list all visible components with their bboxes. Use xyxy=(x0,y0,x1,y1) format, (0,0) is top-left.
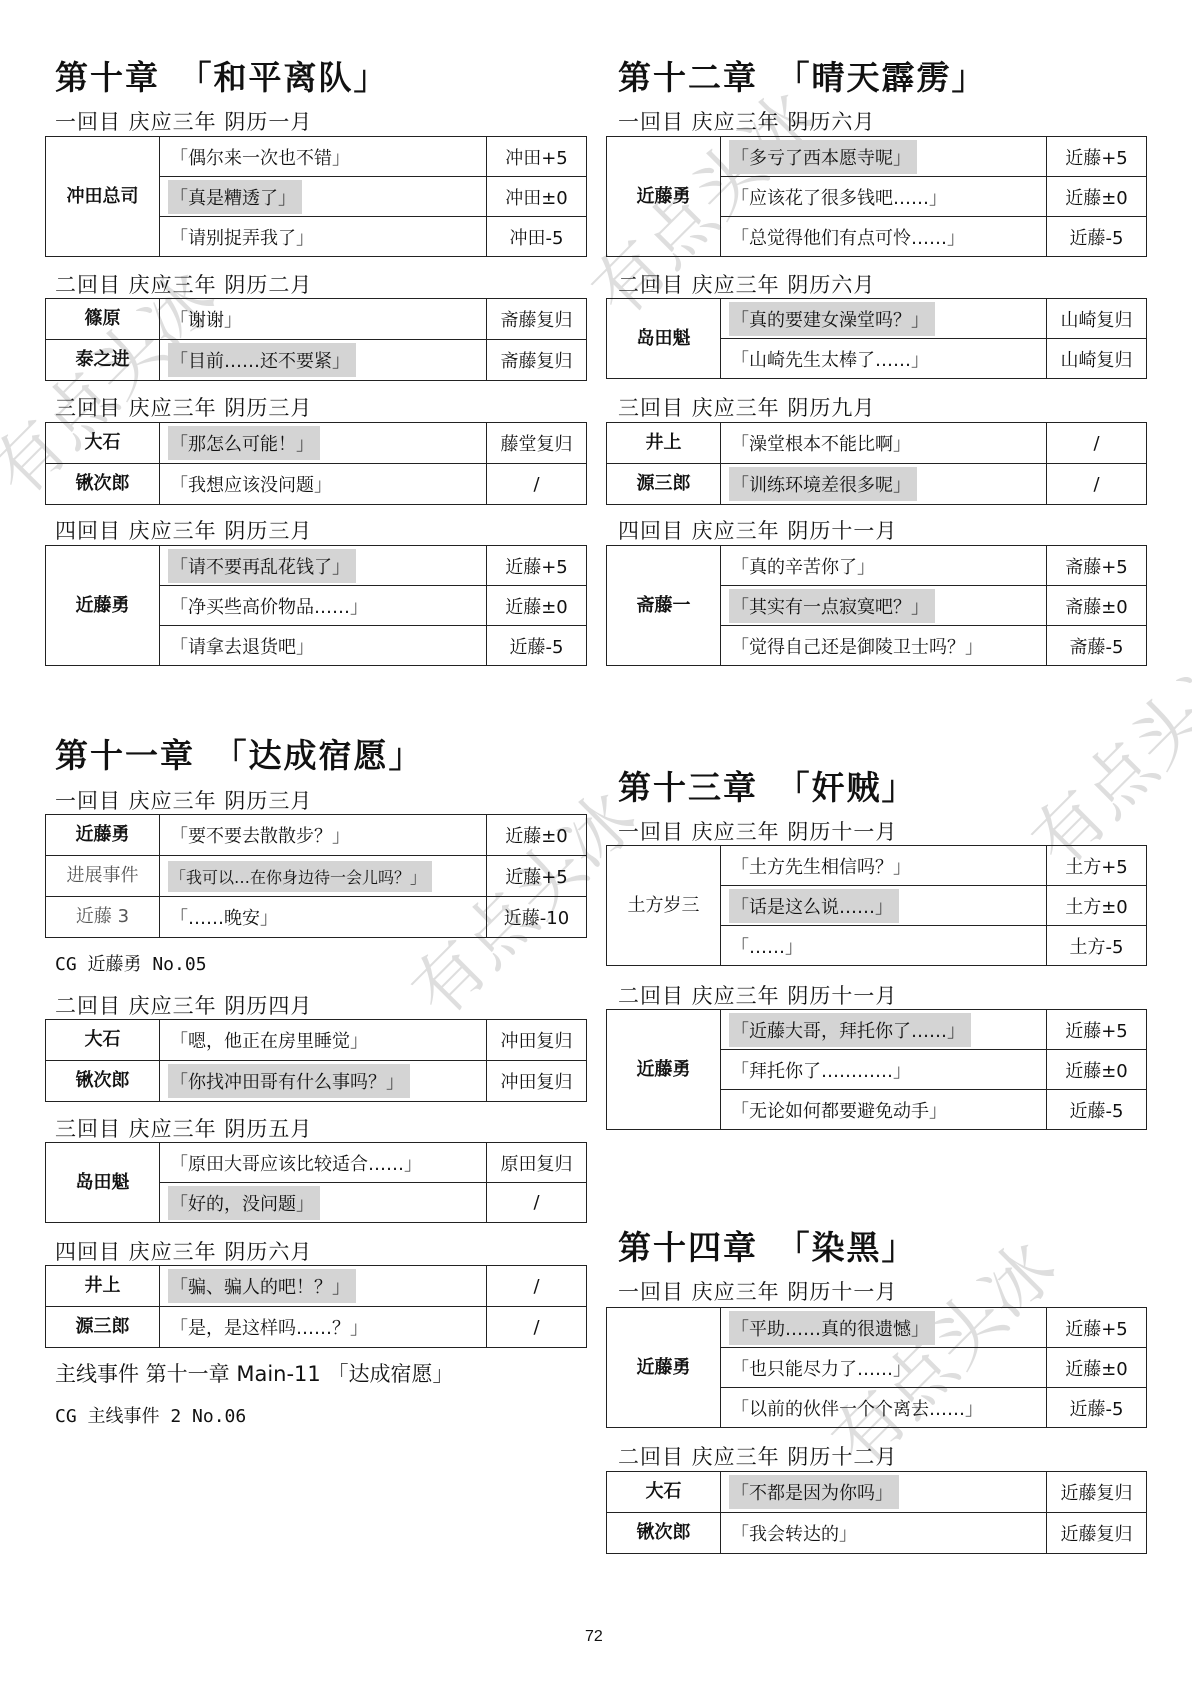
choice-table: 近藤勇 「平助……真的很遗憾」 近藤+5 「也只能尽力了……」 近藤±0 「以前… xyxy=(606,1307,1147,1428)
response-option: 「请不要再乱花钱了」 xyxy=(160,546,487,586)
response-text: 「是，是这样吗……？」 xyxy=(168,1310,374,1344)
response-option: 「要不要去散散步？」 xyxy=(160,815,487,856)
table-row: 大石 「嗯，他正在房里睡觉」 冲田复归 xyxy=(46,1020,587,1061)
result-cell: 近藤±0 xyxy=(1047,1348,1147,1388)
response-option: 「骗、骗人的吧！？」 xyxy=(160,1266,487,1307)
response-text: 「拜托你了…………」 xyxy=(729,1053,917,1087)
round-title: 一回目 庆应三年 阴历十一月 xyxy=(618,816,897,846)
table-row: 冲田总司 「偶尔来一次也不错」 冲田+5 xyxy=(46,137,587,177)
character-name: 近藤勇 xyxy=(607,1010,721,1130)
response-option: 「是，是这样吗……？」 xyxy=(160,1307,487,1348)
response-text: 「应该花了很多钱吧……」 xyxy=(729,180,953,214)
response-option: 「那怎么可能！」 xyxy=(160,423,487,464)
result-cell: 冲田-5 xyxy=(487,217,587,257)
result-cell: / xyxy=(1047,464,1147,505)
result-cell: 近藤-10 xyxy=(487,897,587,938)
round-title: 三回目 庆应三年 阴历九月 xyxy=(618,392,875,422)
round-title: 三回目 庆应三年 阴历五月 xyxy=(55,1113,312,1143)
character-name: 锹次郎 xyxy=(607,1513,721,1554)
response-option: 「也只能尽力了……」 xyxy=(721,1348,1047,1388)
response-text: 「谢谢」 xyxy=(168,302,248,336)
response-text: 「我会转达的」 xyxy=(729,1516,863,1550)
response-text: 「要不要去散散步？」 xyxy=(168,818,356,852)
result-cell: 近藤+5 xyxy=(487,856,587,897)
table-row: 井上 「骗、骗人的吧！？」 / xyxy=(46,1266,587,1307)
response-option: 「不都是因为你吗」 xyxy=(721,1472,1047,1513)
response-option: 「澡堂根本不能比啊」 xyxy=(721,423,1047,464)
response-option: 「无论如何都要避免动手」 xyxy=(721,1090,1047,1130)
response-option: 「应该花了很多钱吧……」 xyxy=(721,177,1047,217)
choice-table: 井上 「澡堂根本不能比啊」 / 源三郎 「训练环境差很多呢」 / xyxy=(606,422,1147,505)
result-cell: 近藤-5 xyxy=(1047,217,1147,257)
response-text-highlighted: 「你找冲田哥有什么事吗？」 xyxy=(168,1064,410,1098)
choice-table: 近藤勇 「要不要去散散步？」 近藤±0 进展事件 「我可以…在你身边待一会儿吗？… xyxy=(45,814,587,938)
response-option: 「偶尔来一次也不错」 xyxy=(160,137,487,177)
character-name: 近藤勇 xyxy=(46,815,160,856)
character-name: 斋藤一 xyxy=(607,546,721,666)
response-text: 「无论如何都要避免动手」 xyxy=(729,1093,953,1127)
response-text: 「也只能尽力了……」 xyxy=(729,1351,917,1385)
result-cell: 山崎复归 xyxy=(1047,339,1147,379)
response-text-highlighted: 「多亏了西本愿寺呢」 xyxy=(729,140,917,174)
choice-table: 岛田魁 「真的要建女澡堂吗？」 山崎复归 「山崎先生太棒了……」 山崎复归 xyxy=(606,298,1147,379)
result-cell: / xyxy=(1047,423,1147,464)
response-text: 「土方先生相信吗？」 xyxy=(729,849,917,883)
response-text: 「我想应该没问题」 xyxy=(168,467,338,501)
response-option: 「近藤大哥，拜托你了……」 xyxy=(721,1010,1047,1050)
table-row: 锹次郎 「我会转达的」 近藤复归 xyxy=(607,1513,1147,1554)
table-row: 近藤勇 「多亏了西本愿寺呢」 近藤+5 xyxy=(607,137,1147,177)
character-name: 锹次郎 xyxy=(46,464,160,505)
round-title: 二回目 庆应三年 阴历二月 xyxy=(55,269,312,299)
response-text-highlighted: 「骗、骗人的吧！？」 xyxy=(168,1269,356,1303)
response-text: 「……」 xyxy=(729,929,809,963)
result-cell: 近藤-5 xyxy=(1047,1090,1147,1130)
round-title: 四回目 庆应三年 阴历六月 xyxy=(55,1236,312,1266)
table-row: 大石 「不都是因为你吗」 近藤复归 xyxy=(607,1472,1147,1513)
character-name: 井上 xyxy=(607,423,721,464)
response-text: 「山崎先生太棒了……」 xyxy=(729,342,935,376)
choice-table: 篠原 「谢谢」 斋藤复归 泰之进 「目前……还不要紧」 斋藤复归 xyxy=(45,298,587,381)
response-option: 「嗯，他正在房里睡觉」 xyxy=(160,1020,487,1061)
response-option: 「我可以…在你身边待一会儿吗？」 xyxy=(160,856,487,897)
response-text: 「以前的伙伴一个个离去……」 xyxy=(729,1391,989,1425)
character-name: 岛田魁 xyxy=(46,1143,160,1223)
cg-note: CG 近藤勇 No.05 xyxy=(55,950,207,976)
result-cell: 近藤+5 xyxy=(1047,1308,1147,1348)
character-name: 近藤勇 xyxy=(46,546,160,666)
response-text-highlighted: 「平助……真的很遗憾」 xyxy=(729,1311,935,1345)
response-text: 「……晚安」 xyxy=(168,900,284,934)
table-row: 近藤勇 「近藤大哥，拜托你了……」 近藤+5 xyxy=(607,1010,1147,1050)
result-cell: 原田复归 xyxy=(487,1143,587,1183)
table-row: 锹次郎 「你找冲田哥有什么事吗？」 冲田复归 xyxy=(46,1061,587,1102)
chapter-title: 第十二章 「晴天霹雳」 xyxy=(618,52,987,99)
result-cell: 山崎复归 xyxy=(1047,299,1147,339)
response-option: 「好的，没问题」 xyxy=(160,1183,487,1223)
response-option: 「请拿去退货吧」 xyxy=(160,626,487,666)
result-cell: 近藤+5 xyxy=(1047,1010,1147,1050)
choice-table: 大石 「不都是因为你吗」 近藤复归 锹次郎 「我会转达的」 近藤复归 xyxy=(606,1471,1147,1554)
round-title: 二回目 庆应三年 阴历十一月 xyxy=(618,980,897,1010)
response-text: 「偶尔来一次也不错」 xyxy=(168,140,356,174)
response-option: 「土方先生相信吗？」 xyxy=(721,846,1047,886)
result-cell: 冲田±0 xyxy=(487,177,587,217)
chapter-title: 第十章 「和平离队」 xyxy=(55,52,389,99)
result-cell: / xyxy=(487,1266,587,1307)
result-cell: 斋藤±0 xyxy=(1047,586,1147,626)
round-title: 四回目 庆应三年 阴历十一月 xyxy=(618,515,897,545)
result-cell: 近藤+5 xyxy=(1047,137,1147,177)
response-option: 「我想应该没问题」 xyxy=(160,464,487,505)
choice-table: 近藤勇 「请不要再乱花钱了」 近藤+5 「净买些高价物品……」 近藤±0 「请拿… xyxy=(45,545,587,666)
character-name: 冲田总司 xyxy=(46,137,160,257)
result-cell: 斋藤复归 xyxy=(487,340,587,381)
table-row: 篠原 「谢谢」 斋藤复归 xyxy=(46,299,587,340)
choice-table: 土方岁三 「土方先生相信吗？」 土方+5 「话是这么说……」 土方±0 「……」… xyxy=(606,845,1147,966)
character-name: 土方岁三 xyxy=(607,846,721,966)
response-option: 「真是糟透了」 xyxy=(160,177,487,217)
table-row: 锹次郎 「我想应该没问题」 / xyxy=(46,464,587,505)
response-option: 「净买些高价物品……」 xyxy=(160,586,487,626)
response-text: 「嗯，他正在房里睡觉」 xyxy=(168,1023,374,1057)
response-option: 「原田大哥应该比较适合……」 xyxy=(160,1143,487,1183)
result-cell: 藤堂复归 xyxy=(487,423,587,464)
result-cell: 冲田复归 xyxy=(487,1020,587,1061)
response-text-highlighted: 「训练环境差很多呢」 xyxy=(729,467,917,501)
character-name: 锹次郎 xyxy=(46,1061,160,1102)
character-name: 近藤勇 xyxy=(607,137,721,257)
round-title: 一回目 庆应三年 阴历三月 xyxy=(55,785,312,815)
choice-table: 大石 「那怎么可能！」 藤堂复归 锹次郎 「我想应该没问题」 / xyxy=(45,422,587,505)
round-title: 一回目 庆应三年 阴历一月 xyxy=(55,106,312,136)
response-text-highlighted: 「请不要再乱花钱了」 xyxy=(168,549,356,583)
response-text-highlighted: 「好的，没问题」 xyxy=(168,1186,320,1220)
response-text: 「总觉得他们有点可怜……」 xyxy=(729,220,971,254)
main-event-note: 主线事件 第十一章 Main-11 「达成宿愿」 xyxy=(55,1358,453,1388)
response-text: 「请拿去退货吧」 xyxy=(168,629,320,663)
character-name: 大石 xyxy=(607,1472,721,1513)
character-name: 源三郎 xyxy=(607,464,721,505)
round-title: 一回目 庆应三年 阴历六月 xyxy=(618,106,875,136)
table-row: 岛田魁 「原田大哥应该比较适合……」 原田复归 xyxy=(46,1143,587,1183)
response-text-highlighted: 「那怎么可能！」 xyxy=(168,426,320,460)
table-row: 土方岁三 「土方先生相信吗？」 土方+5 xyxy=(607,846,1147,886)
table-row: 斋藤一 「真的辛苦你了」 斋藤+5 xyxy=(607,546,1147,586)
choice-table: 斋藤一 「真的辛苦你了」 斋藤+5 「其实有一点寂寞吧？」 斋藤±0 「觉得自己… xyxy=(606,545,1147,666)
choice-table: 大石 「嗯，他正在房里睡觉」 冲田复归 锹次郎 「你找冲田哥有什么事吗？」 冲田… xyxy=(45,1019,587,1102)
character-name: 大石 xyxy=(46,423,160,464)
character-name: 大石 xyxy=(46,1020,160,1061)
result-cell: 近藤复归 xyxy=(1047,1472,1147,1513)
response-option: 「山崎先生太棒了……」 xyxy=(721,339,1047,379)
response-option: 「以前的伙伴一个个离去……」 xyxy=(721,1388,1047,1428)
character-name: 近藤勇 xyxy=(607,1308,721,1428)
response-option: 「……晚安」 xyxy=(160,897,487,938)
result-cell: 土方±0 xyxy=(1047,886,1147,926)
result-cell: 近藤+5 xyxy=(487,546,587,586)
round-title: 一回目 庆应三年 阴历十一月 xyxy=(618,1276,897,1306)
response-option: 「请别捉弄我了」 xyxy=(160,217,487,257)
result-cell: / xyxy=(487,1307,587,1348)
round-title: 二回目 庆应三年 阴历六月 xyxy=(618,269,875,299)
character-name: 源三郎 xyxy=(46,1307,160,1348)
result-cell: 土方+5 xyxy=(1047,846,1147,886)
result-cell: 近藤±0 xyxy=(487,586,587,626)
response-text: 「净买些高价物品……」 xyxy=(168,589,374,623)
result-cell: 近藤-5 xyxy=(487,626,587,666)
result-cell: 土方-5 xyxy=(1047,926,1147,966)
result-cell: 斋藤-5 xyxy=(1047,626,1147,666)
round-title: 二回目 庆应三年 阴历十二月 xyxy=(618,1441,897,1471)
choice-table: 近藤勇 「近藤大哥，拜托你了……」 近藤+5 「拜托你了…………」 近藤±0 「… xyxy=(606,1009,1147,1130)
character-name: 篠原 xyxy=(46,299,160,340)
event-label: 近藤 3 xyxy=(46,897,160,938)
response-option: 「拜托你了…………」 xyxy=(721,1050,1047,1090)
result-cell: 斋藤+5 xyxy=(1047,546,1147,586)
response-option: 「谢谢」 xyxy=(160,299,487,340)
response-option: 「觉得自己还是御陵卫士吗？」 xyxy=(721,626,1047,666)
character-name: 岛田魁 xyxy=(607,299,721,379)
result-cell: 冲田+5 xyxy=(487,137,587,177)
round-title: 四回目 庆应三年 阴历三月 xyxy=(55,515,312,545)
response-option: 「……」 xyxy=(721,926,1047,966)
choice-table: 冲田总司 「偶尔来一次也不错」 冲田+5 「真是糟透了」 冲田±0 「请别捉弄我… xyxy=(45,136,587,257)
response-option: 「平助……真的很遗憾」 xyxy=(721,1308,1047,1348)
page-number: 72 xyxy=(585,1628,603,1646)
response-option: 「你找冲田哥有什么事吗？」 xyxy=(160,1061,487,1102)
table-row: 泰之进 「目前……还不要紧」 斋藤复归 xyxy=(46,340,587,381)
response-text-highlighted: 「不都是因为你吗」 xyxy=(729,1475,899,1509)
response-option: 「其实有一点寂寞吧？」 xyxy=(721,586,1047,626)
response-option: 「我会转达的」 xyxy=(721,1513,1047,1554)
character-name: 井上 xyxy=(46,1266,160,1307)
table-row: 大石 「那怎么可能！」 藤堂复归 xyxy=(46,423,587,464)
chapter-title: 第十三章 「奸贼」 xyxy=(618,762,917,809)
result-cell: / xyxy=(487,464,587,505)
result-cell: 近藤-5 xyxy=(1047,1388,1147,1428)
response-option: 「目前……还不要紧」 xyxy=(160,340,487,381)
result-cell: 近藤复归 xyxy=(1047,1513,1147,1554)
round-title: 三回目 庆应三年 阴历三月 xyxy=(55,392,312,422)
table-row: 井上 「澡堂根本不能比啊」 / xyxy=(607,423,1147,464)
choice-table: 井上 「骗、骗人的吧！？」 / 源三郎 「是，是这样吗……？」 / xyxy=(45,1265,587,1348)
response-text-highlighted: 「话是这么说……」 xyxy=(729,889,899,923)
response-option: 「训练环境差很多呢」 xyxy=(721,464,1047,505)
response-text-highlighted: 「其实有一点寂寞吧？」 xyxy=(729,589,935,623)
response-text-highlighted: 「真的要建女澡堂吗？」 xyxy=(729,302,935,336)
round-title: 二回目 庆应三年 阴历四月 xyxy=(55,990,312,1020)
response-option: 「真的要建女澡堂吗？」 xyxy=(721,299,1047,339)
table-row: 进展事件 「我可以…在你身边待一会儿吗？」 近藤+5 xyxy=(46,856,587,897)
response-text: 「觉得自己还是御陵卫士吗？」 xyxy=(729,629,989,663)
response-text: 「请别捉弄我了」 xyxy=(168,220,320,254)
table-row: 近藤 3 「……晚安」 近藤-10 xyxy=(46,897,587,938)
table-row: 近藤勇 「要不要去散散步？」 近藤±0 xyxy=(46,815,587,856)
result-cell: / xyxy=(487,1183,587,1223)
response-option: 「真的辛苦你了」 xyxy=(721,546,1047,586)
character-name: 泰之进 xyxy=(46,340,160,381)
response-text-highlighted: 「我可以…在你身边待一会儿吗？」 xyxy=(168,861,432,892)
choice-table: 岛田魁 「原田大哥应该比较适合……」 原田复归 「好的，没问题」 / xyxy=(45,1142,587,1223)
response-text: 「原田大哥应该比较适合……」 xyxy=(168,1146,428,1180)
result-cell: 近藤±0 xyxy=(487,815,587,856)
result-cell: 近藤±0 xyxy=(1047,1050,1147,1090)
chapter-title: 第十一章 「达成宿愿」 xyxy=(55,730,424,777)
table-row: 岛田魁 「真的要建女澡堂吗？」 山崎复归 xyxy=(607,299,1147,339)
event-label: 进展事件 xyxy=(46,856,160,897)
response-text: 「澡堂根本不能比啊」 xyxy=(729,426,917,460)
response-text-highlighted: 「目前……还不要紧」 xyxy=(168,343,356,377)
response-option: 「话是这么说……」 xyxy=(721,886,1047,926)
response-text: 「真的辛苦你了」 xyxy=(729,549,881,583)
table-row: 源三郎 「训练环境差很多呢」 / xyxy=(607,464,1147,505)
table-row: 源三郎 「是，是这样吗……？」 / xyxy=(46,1307,587,1348)
response-text-highlighted: 「真是糟透了」 xyxy=(168,180,302,214)
table-row: 近藤勇 「平助……真的很遗憾」 近藤+5 xyxy=(607,1308,1147,1348)
cg-note: CG 主线事件 2 No.06 xyxy=(55,1402,246,1428)
result-cell: 冲田复归 xyxy=(487,1061,587,1102)
response-option: 「多亏了西本愿寺呢」 xyxy=(721,137,1047,177)
result-cell: 斋藤复归 xyxy=(487,299,587,340)
response-option: 「总觉得他们有点可怜……」 xyxy=(721,217,1047,257)
table-row: 近藤勇 「请不要再乱花钱了」 近藤+5 xyxy=(46,546,587,586)
response-text-highlighted: 「近藤大哥，拜托你了……」 xyxy=(729,1013,971,1047)
choice-table: 近藤勇 「多亏了西本愿寺呢」 近藤+5 「应该花了很多钱吧……」 近藤±0 「总… xyxy=(606,136,1147,257)
chapter-title: 第十四章 「染黑」 xyxy=(618,1222,917,1269)
result-cell: 近藤±0 xyxy=(1047,177,1147,217)
